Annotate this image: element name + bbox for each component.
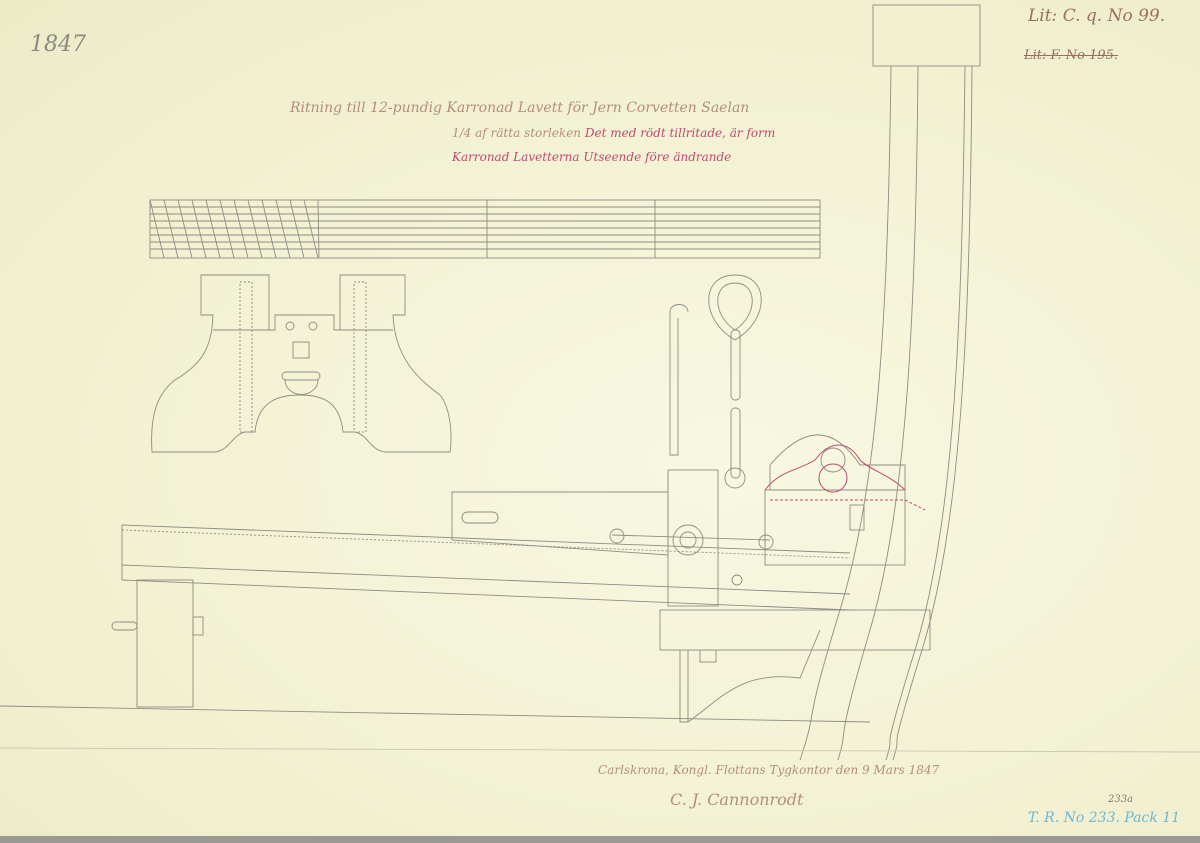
hull-line-2 [838,66,918,760]
hull-line-3 [886,66,965,760]
title-block-box [873,5,980,66]
scan-edge [0,836,1200,843]
scale-note: 1/4 af rätta storleken [452,126,581,140]
hull-line-4 [893,66,972,760]
hull-line-1 [800,66,891,760]
old-reference-struck: Lit: F. No 195. [1024,48,1118,63]
border-line [0,748,1200,752]
scale-and-note-line: 1/4 af rätta storleken Det med rödt till… [452,126,775,140]
signature: C. J. Cannonrodt [670,790,803,809]
year-mark: 1847 [30,32,86,57]
archive-reference: T. R. No 233. Pack 11 [1028,810,1180,826]
carriage-front-view [152,275,451,452]
hook-part [670,305,688,456]
place-date: Carlskrona, Kongl. Flottans Tygkontor de… [598,763,939,777]
red-overlay [765,445,925,510]
ring-bolt [709,275,762,488]
drawing-title: Ritning till 12-pundig Karronad Lavett f… [290,100,749,116]
deck-line [0,706,870,722]
catalog-reference: Lit: C. q. No 99. [1028,6,1165,26]
red-note-line-1: Det med rödt tillritade, är form [585,126,775,140]
carriage-side-view [112,435,930,722]
archive-number: 233a [1108,794,1133,805]
red-note-line-2: Karronad Lavetterna Utseende före ändran… [452,150,731,164]
scale-bar [150,200,820,258]
